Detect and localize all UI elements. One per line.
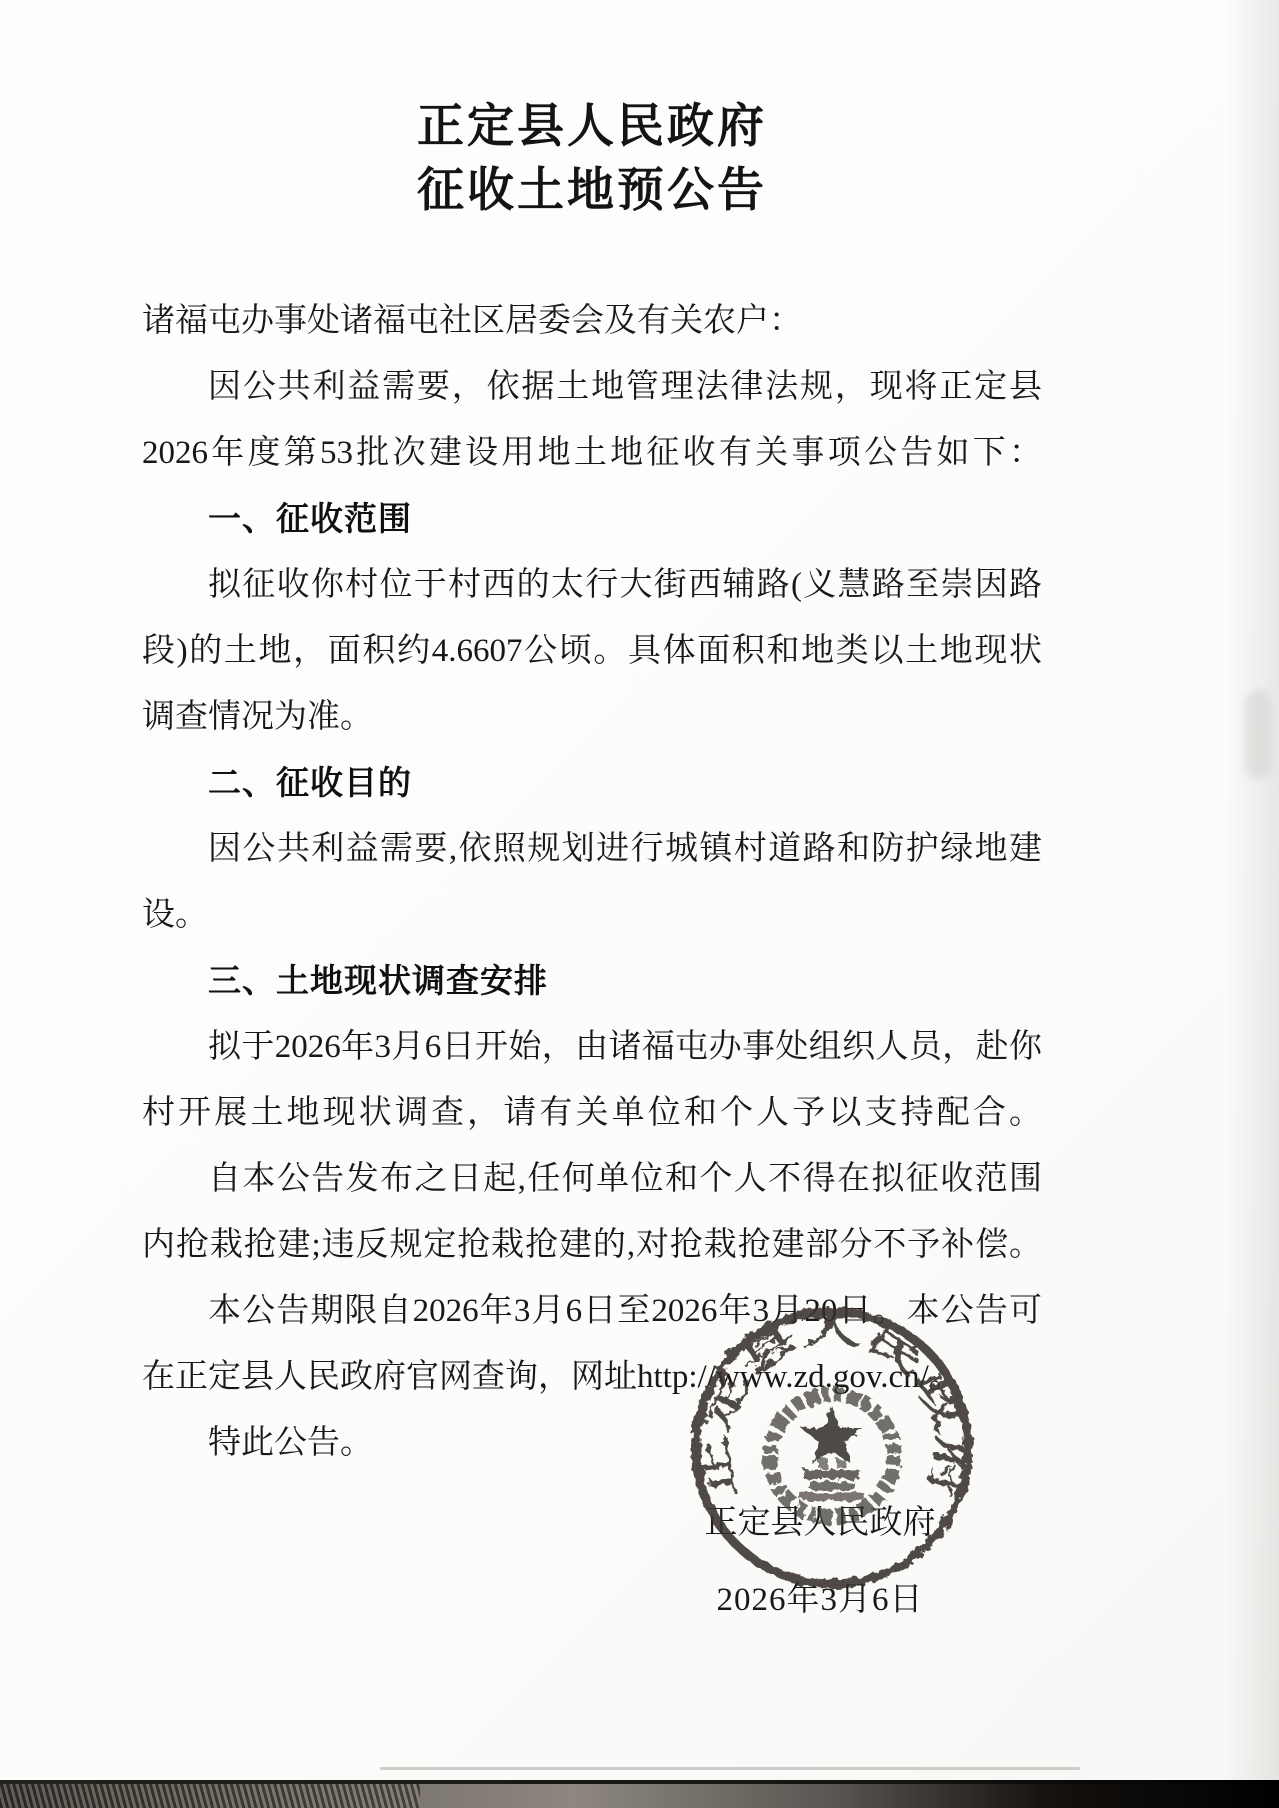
scan-artifact-line xyxy=(380,1767,1080,1770)
salutation-line: 诸福屯办事处诸福屯社区居委会及有关农户： xyxy=(142,288,1042,354)
paragraph-line: 调查情况为准。 xyxy=(142,684,1042,750)
seal-graphic: 正定县人民政府 xyxy=(687,1306,977,1584)
paragraph-line: 因公共利益需要，依据土地管理法律法规，现将正定县 xyxy=(142,354,1042,420)
paragraph-line: 自本公告发布之日起,任何单位和个人不得在拟征收范围 xyxy=(142,1146,1042,1212)
paragraph-line: 内抢栽抢建;违反规定抢栽抢建的,对抢栽抢建部分不予补偿。 xyxy=(142,1212,1042,1278)
scan-bottom-edge xyxy=(0,1780,1279,1808)
document-title-line2: 征收土地预公告 xyxy=(142,158,1042,222)
paragraph-line: 2026年度第53批次建设用地土地征收有关事项公告如下： xyxy=(142,420,1042,486)
document-title-line1: 正定县人民政府 xyxy=(142,94,1042,158)
national-emblem-star-icon xyxy=(801,1406,863,1464)
paragraph-line: 拟征收你村位于村西的太行大街西辅路(义慧路至崇因路 xyxy=(142,552,1042,618)
national-emblem-icon xyxy=(770,1394,894,1518)
paragraph-line: 因公共利益需要,依照规划进行城镇村道路和防护绿地建 xyxy=(142,816,1042,882)
paragraph-line: 段)的土地，面积约4.6607公顷。具体面积和地类以土地现状 xyxy=(142,618,1042,684)
paragraph-line: 设。 xyxy=(142,882,1042,948)
paragraph-line: 村开展土地现状调查，请有关单位和个人予以支持配合。 xyxy=(142,1080,1042,1146)
scan-edge-shadow xyxy=(1225,0,1279,1808)
section-heading-1: 一、征收范围 xyxy=(142,486,1042,552)
section-heading-3: 三、土地现状调查安排 xyxy=(142,948,1042,1014)
section-heading-2: 二、征收目的 xyxy=(142,750,1042,816)
document-title: 正定县人民政府 征收土地预公告 xyxy=(142,94,1042,222)
official-seal: 正定县人民政府 xyxy=(672,1288,992,1608)
paragraph-line: 拟于2026年3月6日开始，由诸福屯办事处组织人员，赴你 xyxy=(142,1014,1042,1080)
